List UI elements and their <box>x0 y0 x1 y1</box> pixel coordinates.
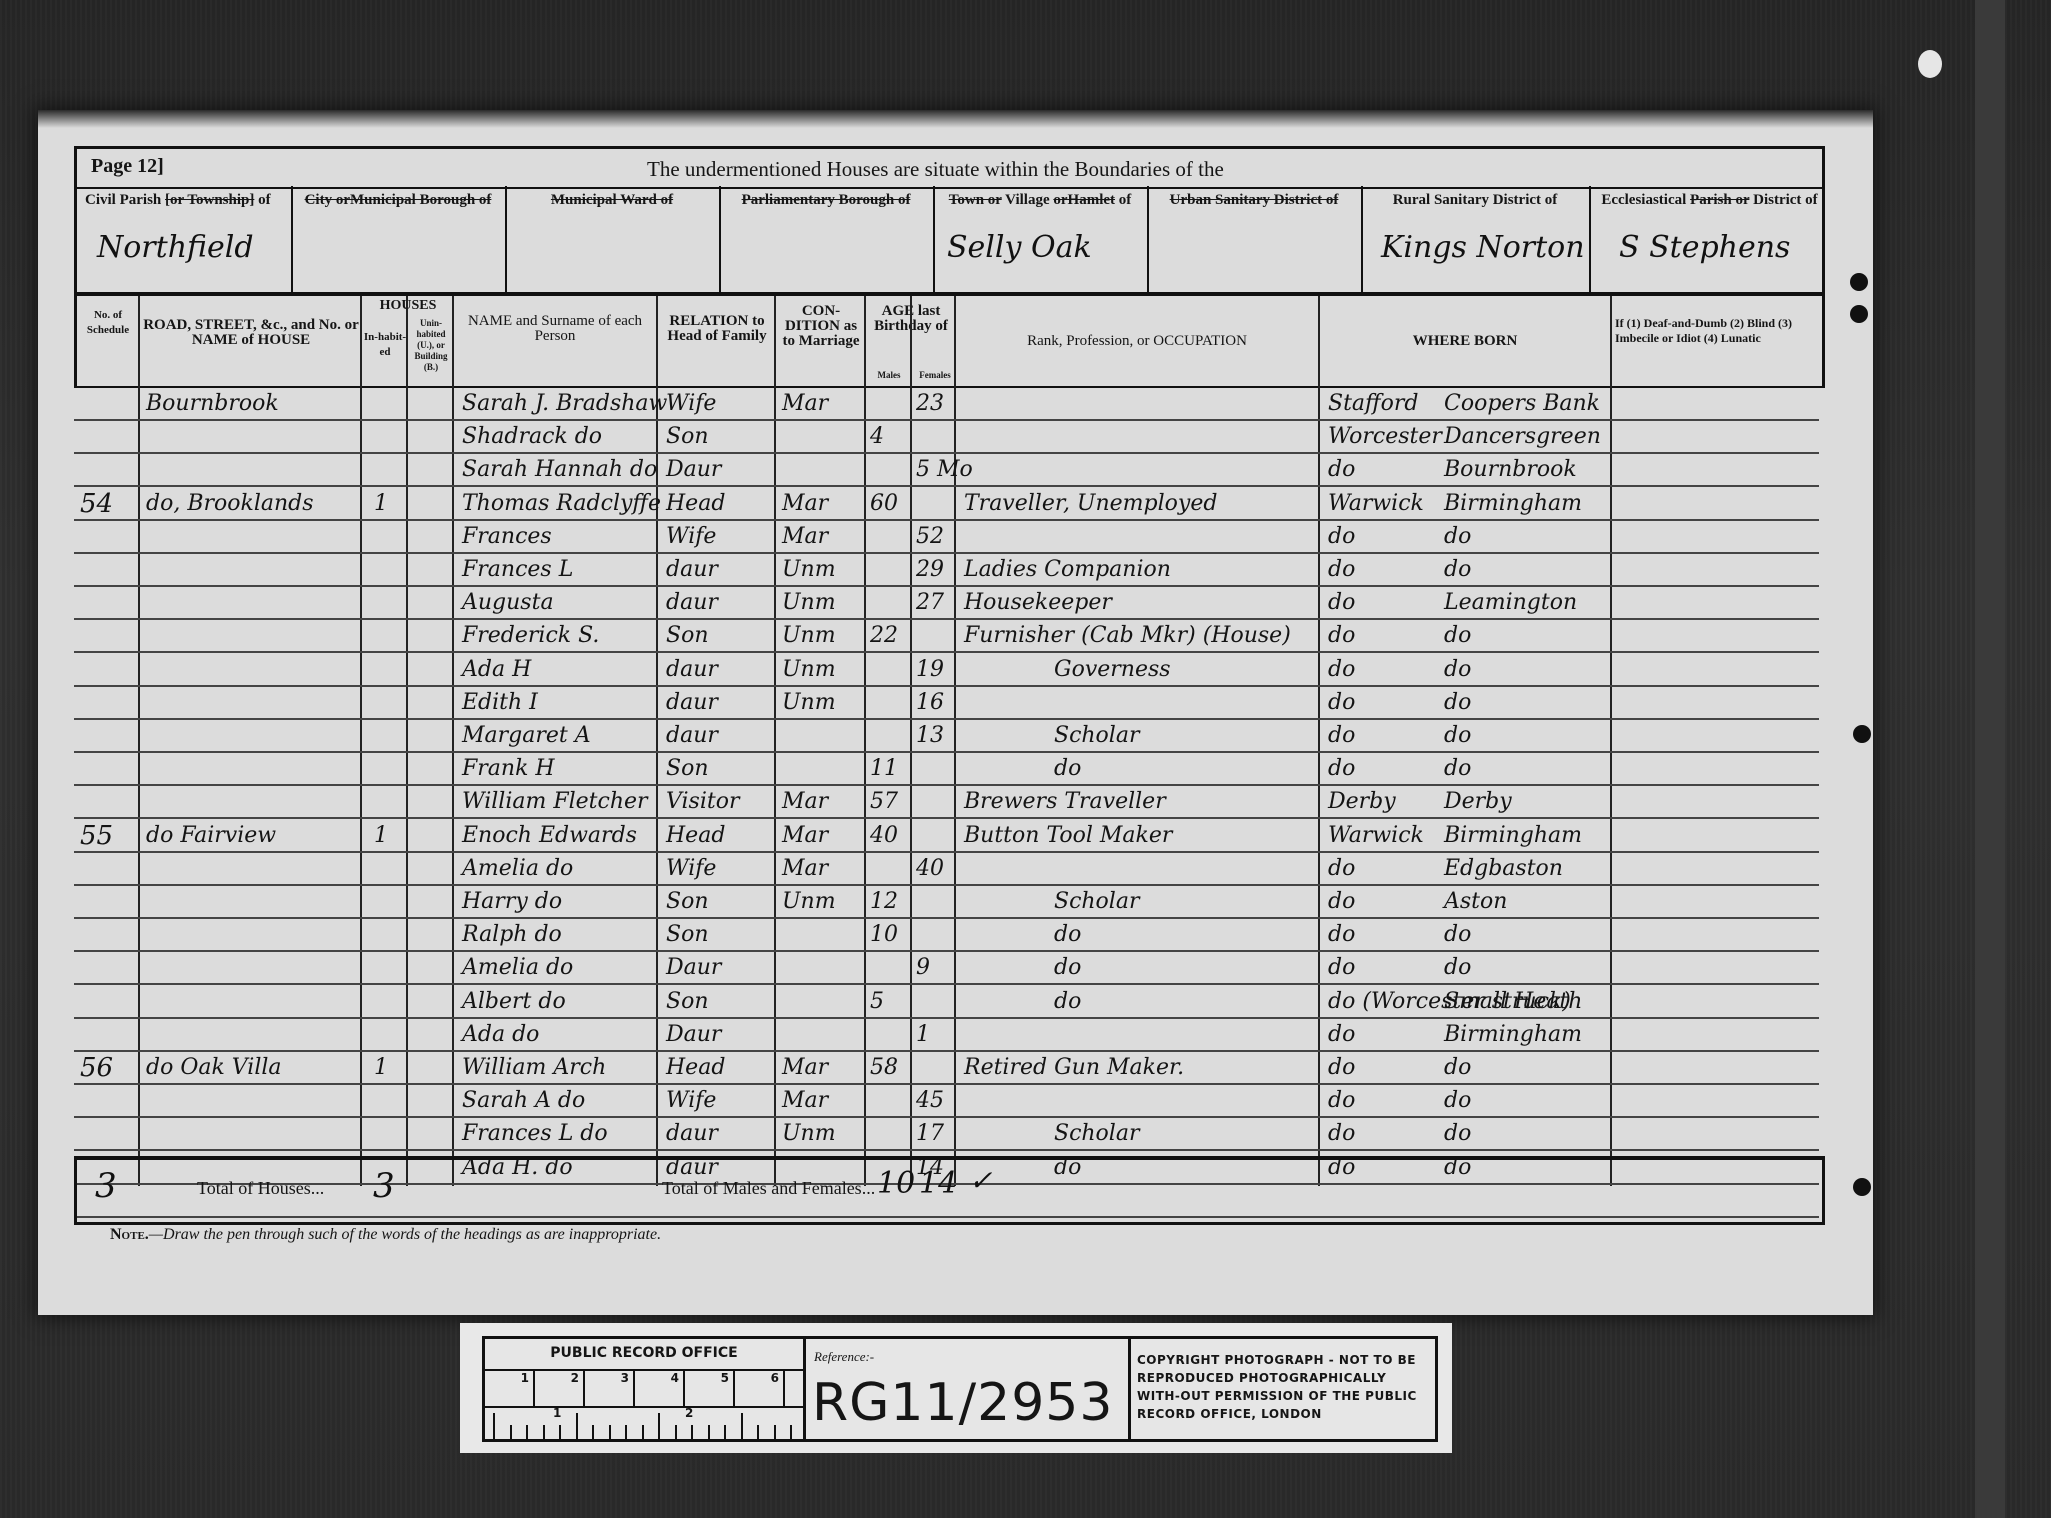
table-row: BournbrookSarah J. BradshawWifeMar23Staf… <box>74 386 1819 421</box>
boundary-label: Parliamentary Borough of <box>719 192 933 209</box>
cell-female-age: 5 Mo <box>916 452 973 485</box>
table-row: Frances L dodaurUnm17Scholardodo <box>74 1116 1819 1151</box>
cell-name: Frances <box>462 519 552 552</box>
cell-born-place: Birmingham <box>1444 1017 1582 1050</box>
cell-relation: daur <box>666 552 718 585</box>
cell-born-place: do <box>1444 950 1471 983</box>
cell-born-place: Birmingham <box>1444 818 1582 851</box>
cell-condition: Unm <box>782 652 836 685</box>
cell-female-age: 23 <box>916 386 944 419</box>
boundary-label: Civil Parish [or Township] of <box>85 192 291 209</box>
table-row: 54do, Brooklands1Thomas RadclyffeHeadMar… <box>74 486 1819 521</box>
title-row: Page 12] The undermentioned Houses are s… <box>74 146 1825 189</box>
cell-male-age: 60 <box>870 486 898 519</box>
cell-born-county: do <box>1328 552 1355 585</box>
cell-inhabited: 1 <box>374 818 388 851</box>
cell-occupation: Button Tool Maker <box>964 818 1172 851</box>
reference-card: PUBLIC RECORD OFFICE 123456 12 Reference… <box>460 1323 1452 1453</box>
scale-tick <box>576 1413 578 1439</box>
cell-born-county: Worcester <box>1328 419 1442 452</box>
cell-name: Frances L <box>462 552 573 585</box>
boundary-7: Ecclesiastical Parish or District ofS St… <box>1589 186 1830 292</box>
table-row: Sarah Hannah doDaur5 ModoBournbrook <box>74 452 1819 487</box>
cell-born-county: do <box>1328 1017 1355 1050</box>
page-number: Page 12] <box>91 155 164 178</box>
cell-born-place: Birmingham <box>1444 486 1582 519</box>
cell-born-place: do <box>1444 652 1471 685</box>
table-row: Ada HdaurUnm19Governessdodo <box>74 652 1819 687</box>
cell-female-age: 52 <box>916 519 944 552</box>
cell-relation: Wife <box>666 519 716 552</box>
cell-condition: Unm <box>782 552 836 585</box>
cell-name: Frank H <box>462 751 555 784</box>
cell-born-county: Warwick <box>1328 486 1424 519</box>
cell-occupation: do <box>1054 751 1081 784</box>
cell-occupation: Scholar <box>1054 718 1139 751</box>
table-row: FrancesWifeMar52dodo <box>74 519 1819 554</box>
reference-value: RG11/2953 <box>812 1373 1113 1433</box>
cell-born-place: do <box>1444 519 1471 552</box>
cell-born-place: Aston <box>1444 884 1507 917</box>
scale-tick <box>790 1425 792 1439</box>
cell-born-county: do <box>1328 652 1355 685</box>
binding-hole <box>1853 1178 1871 1196</box>
cell-occupation: do <box>1054 984 1081 1017</box>
cell-born-county: do <box>1328 917 1355 950</box>
cell-male-age: 22 <box>870 618 898 651</box>
total-houses-label: Total of Houses... <box>197 1178 324 1199</box>
boundary-value: Northfield <box>97 230 254 265</box>
cell-born-county: do <box>1328 718 1355 751</box>
cell-road: do Oak Villa <box>146 1050 282 1083</box>
cell-male-age: 5 <box>870 984 884 1017</box>
total-males: 10 <box>877 1166 915 1201</box>
scale-tick <box>708 1425 710 1439</box>
cell-occupation: Housekeeper <box>964 585 1112 618</box>
cell-born-county: do <box>1328 452 1355 485</box>
cell-relation: daur <box>666 1116 718 1149</box>
cell-born-place: do <box>1444 618 1471 651</box>
cell-occupation: Ladies Companion <box>964 552 1171 585</box>
cell-relation: Son <box>666 751 709 784</box>
binding-hole <box>1853 725 1871 743</box>
binding-hole <box>1850 305 1868 323</box>
cell-female-age: 16 <box>916 685 944 718</box>
scale-tick <box>675 1425 677 1439</box>
table-row: Edith IdaurUnm16dodo <box>74 685 1819 720</box>
cell-occupation: Governess <box>1054 652 1171 685</box>
boundary-1: City orMunicipal Borough of <box>291 186 507 292</box>
scale-tick <box>642 1425 644 1439</box>
cell-male-age: 58 <box>870 1050 898 1083</box>
cell-occupation: Retired Gun Maker. <box>964 1050 1184 1083</box>
scale-mark: 2 <box>535 1371 585 1406</box>
col-schedule: No. of Schedule <box>77 308 139 398</box>
cell-born-county: do <box>1328 884 1355 917</box>
cell-name: Sarah Hannah do <box>462 452 657 485</box>
cell-relation: Visitor <box>666 784 739 817</box>
cell-name: Amelia do <box>462 950 573 983</box>
scale-mark: 1 <box>485 1371 535 1406</box>
cell-relation: Son <box>666 984 709 1017</box>
cell-relation: Head <box>666 818 725 851</box>
cell-name: Edith I <box>462 685 538 718</box>
cell-occupation: Furnisher (Cab Mkr) (House) <box>964 618 1291 651</box>
cell-born-place: do <box>1444 685 1471 718</box>
cell-male-age: 57 <box>870 784 898 817</box>
reference-box: Reference:- RG11/2953 <box>806 1339 1131 1439</box>
boundary-2: Municipal Ward of <box>505 186 721 292</box>
cell-relation: Wife <box>666 851 716 884</box>
cell-schedule: 56 <box>80 1050 113 1083</box>
column-header-row: No. of Schedule ROAD, STREET, &c., and N… <box>74 296 1825 388</box>
cell-born-county: do <box>1328 519 1355 552</box>
cell-relation: Daur <box>666 452 721 485</box>
table-row: Ralph doSon10dododo <box>74 917 1819 952</box>
table-row: Harry doSonUnm12ScholardoAston <box>74 884 1819 919</box>
cell-occupation: Scholar <box>1054 884 1139 917</box>
cell-born-county: Stafford <box>1328 386 1418 419</box>
table-row: Frances LdaurUnm29Ladies Companiondodo <box>74 552 1819 587</box>
cell-relation: Head <box>666 486 725 519</box>
scale-tick <box>774 1425 776 1439</box>
table-row: Frank HSon11dododo <box>74 751 1819 786</box>
scale-ruler-top: 123456 <box>485 1369 803 1408</box>
scale-tick <box>658 1413 660 1439</box>
scale-tick <box>741 1413 743 1439</box>
cell-name: Margaret A <box>462 718 591 751</box>
scale-mark: 4 <box>635 1371 685 1406</box>
cell-relation: Son <box>666 917 709 950</box>
table-row: Frederick S.SonUnm22Furnisher (Cab Mkr) … <box>74 618 1819 653</box>
cell-born-place: do <box>1444 1083 1471 1116</box>
total-houses-value: 3 <box>373 1166 395 1206</box>
cell-name: Frederick S. <box>462 618 599 651</box>
film-speck <box>1918 50 1942 78</box>
boundary-0: Civil Parish [or Township] ofNorthfield <box>77 186 293 292</box>
cell-relation: daur <box>666 585 718 618</box>
cell-condition: Mar <box>782 386 828 419</box>
table-row: AugustadaurUnm27HousekeeperdoLeamington <box>74 585 1819 620</box>
cell-name: Ralph do <box>462 917 562 950</box>
cell-relation: Head <box>666 1050 725 1083</box>
cell-born-county: Warwick <box>1328 818 1424 851</box>
cell-born-county: do <box>1328 1083 1355 1116</box>
cell-born-place: do <box>1444 751 1471 784</box>
cell-name: Ada H <box>462 652 531 685</box>
boundary-label: Town or Village orHamlet of <box>933 192 1147 209</box>
cell-born-place: Leamington <box>1444 585 1577 618</box>
cell-relation: daur <box>666 652 718 685</box>
office-name: PUBLIC RECORD OFFICE <box>485 1345 803 1361</box>
scale-mark: 3 <box>585 1371 635 1406</box>
cell-condition: Unm <box>782 884 836 917</box>
cell-condition: Mar <box>782 1083 828 1116</box>
cell-born-place: do <box>1444 1116 1471 1149</box>
cell-born-place: do <box>1444 718 1471 751</box>
cell-schedule: 54 <box>80 486 113 519</box>
cell-female-age: 19 <box>916 652 944 685</box>
cell-born-county: do <box>1328 1116 1355 1149</box>
cell-male-age: 4 <box>870 419 884 452</box>
scale-tick <box>559 1425 561 1439</box>
total-schedules: 3 <box>95 1166 117 1206</box>
boundaries-row: Civil Parish [or Township] ofNorthfieldC… <box>74 186 1825 296</box>
cell-occupation: Traveller, Unemployed <box>964 486 1217 519</box>
cell-inhabited: 1 <box>374 486 388 519</box>
cell-occupation: do <box>1054 917 1081 950</box>
boundary-value: Selly Oak <box>947 230 1092 265</box>
census-sheet: Page 12] The undermentioned Houses are s… <box>38 110 1873 1315</box>
cell-born-place: Derby <box>1444 784 1512 817</box>
cell-relation: Wife <box>666 386 716 419</box>
cell-condition: Mar <box>782 486 828 519</box>
boundary-label: Rural Sanitary District of <box>1361 192 1589 209</box>
scale-tick <box>724 1425 726 1439</box>
scale-tick <box>592 1425 594 1439</box>
cell-road: Bournbrook <box>146 386 279 419</box>
cell-born-county: do <box>1328 751 1355 784</box>
copyright-notice: COPYRIGHT PHOTOGRAPH - NOT TO BE REPRODU… <box>1137 1351 1427 1423</box>
total-persons-label: Total of Males and Females... <box>662 1178 875 1199</box>
cell-male-age: 12 <box>870 884 898 917</box>
boundary-4: Town or Village orHamlet ofSelly Oak <box>933 186 1149 292</box>
scale-tick <box>691 1425 693 1439</box>
table-row: Albert doSon5dodo (Worcester struck)Smal… <box>74 984 1819 1019</box>
scale-tick <box>526 1425 528 1439</box>
scale-mark: 2 <box>685 1406 693 1420</box>
table-row: 55do Fairview1Enoch EdwardsHeadMar40Butt… <box>74 818 1819 853</box>
cell-condition: Unm <box>782 618 836 651</box>
boundary-label: Municipal Ward of <box>505 192 719 209</box>
cell-born-place: do <box>1444 1050 1471 1083</box>
public-record-office-box: PUBLIC RECORD OFFICE 123456 12 <box>485 1339 806 1439</box>
cell-name: Ada do <box>462 1017 539 1050</box>
table-row: William FletcherVisitorMar57Brewers Trav… <box>74 784 1819 819</box>
scale-mark: 5 <box>685 1371 735 1406</box>
note-prefix: Note. <box>110 1226 149 1243</box>
cell-born-county: Derby <box>1328 784 1396 817</box>
totals-row: 3 Total of Houses... 3 Total of Males an… <box>74 1156 1825 1225</box>
cell-born-county: do <box>1328 851 1355 884</box>
cell-born-place: do <box>1444 552 1471 585</box>
scale-tick <box>493 1413 495 1439</box>
total-females: 14 <box>919 1166 957 1201</box>
cell-born-county: do <box>1328 685 1355 718</box>
boundary-label: Ecclesiastical Parish or District of <box>1589 192 1830 209</box>
census-form: Page 12] The undermentioned Houses are s… <box>74 146 1819 1256</box>
cell-born-county: do <box>1328 618 1355 651</box>
table-row: Shadrack doSon4WorcesterDancersgreen <box>74 419 1819 454</box>
boundary-5: Urban Sanitary District of <box>1147 186 1363 292</box>
cell-male-age: 40 <box>870 818 898 851</box>
cell-name: Augusta <box>462 585 554 618</box>
cell-female-age: 9 <box>916 950 930 983</box>
scale-tick <box>625 1425 627 1439</box>
boundary-6: Rural Sanitary District ofKings Norton <box>1361 186 1591 292</box>
cell-female-age: 17 <box>916 1116 944 1149</box>
cell-relation: Daur <box>666 950 721 983</box>
cell-female-age: 27 <box>916 585 944 618</box>
cell-relation: daur <box>666 685 718 718</box>
cell-occupation: Brewers Traveller <box>964 784 1166 817</box>
boundary-3: Parliamentary Borough of <box>719 186 935 292</box>
reference-label: Reference:- <box>814 1349 874 1365</box>
scale-mark: 6 <box>735 1371 785 1406</box>
cell-born-county: do <box>1328 585 1355 618</box>
note: Note.—Draw the pen through such of the w… <box>110 1226 661 1244</box>
cell-condition: Mar <box>782 784 828 817</box>
cell-born-place: Edgbaston <box>1444 851 1563 884</box>
table-row: Amelia doDaur9dododo <box>74 950 1819 985</box>
cell-name: William Arch <box>462 1050 606 1083</box>
cell-born-place: Bournbrook <box>1444 452 1577 485</box>
scale-ruler-bottom: 12 <box>485 1406 803 1439</box>
cell-condition: Mar <box>782 851 828 884</box>
cell-occupation: Scholar <box>1054 1116 1139 1149</box>
cell-relation: Son <box>666 884 709 917</box>
cell-inhabited: 1 <box>374 1050 388 1083</box>
cell-road: do, Brooklands <box>146 486 314 519</box>
scale-tick <box>609 1425 611 1439</box>
boundary-value: S Stephens <box>1619 230 1790 265</box>
cell-name: Sarah A do <box>462 1083 585 1116</box>
cell-condition: Unm <box>782 1116 836 1149</box>
cell-name: Thomas Radclyffe <box>462 486 661 519</box>
cell-condition: Mar <box>782 1050 828 1083</box>
cell-condition: Unm <box>782 685 836 718</box>
cell-born-county: do <box>1328 950 1355 983</box>
cell-female-age: 45 <box>916 1083 944 1116</box>
cell-name: Sarah J. Bradshaw <box>462 386 667 419</box>
cell-relation: Son <box>666 618 709 651</box>
cell-relation: Wife <box>666 1083 716 1116</box>
cell-name: Amelia do <box>462 851 573 884</box>
cell-condition: Mar <box>782 519 828 552</box>
tick-mark: ✓ <box>969 1164 992 1197</box>
table-row: Amelia doWifeMar40doEdgbaston <box>74 851 1819 886</box>
table-row: Margaret Adaur13Scholardodo <box>74 718 1819 753</box>
scale-tick <box>543 1425 545 1439</box>
table-row: 56do Oak Villa1William ArchHeadMar58Reti… <box>74 1050 1819 1085</box>
cell-name: William Fletcher <box>462 784 648 817</box>
cell-road: do Fairview <box>146 818 276 851</box>
boundary-value: Kings Norton <box>1381 230 1585 265</box>
form-title: The undermentioned Houses are situate wi… <box>647 157 1224 182</box>
cell-schedule: 55 <box>80 818 113 851</box>
scale-mark: 1 <box>553 1406 561 1420</box>
film-edge <box>1975 0 2005 1518</box>
cell-name: Enoch Edwards <box>462 818 637 851</box>
cell-born-place: do <box>1444 917 1471 950</box>
cell-occupation: do <box>1054 950 1081 983</box>
cell-condition: Unm <box>782 585 836 618</box>
cell-name: Shadrack do <box>462 419 602 452</box>
cell-name: Frances L do <box>462 1116 608 1149</box>
cell-female-age: 29 <box>916 552 944 585</box>
scale-tick <box>510 1425 512 1439</box>
cell-female-age: 40 <box>916 851 944 884</box>
boundary-label: Urban Sanitary District of <box>1147 192 1361 209</box>
cell-born-place: Coopers Bank <box>1444 386 1600 419</box>
note-text: —Draw the pen through such of the words … <box>149 1226 661 1243</box>
cell-name: Harry do <box>462 884 562 917</box>
cell-condition: Mar <box>782 818 828 851</box>
cell-name: Albert do <box>462 984 566 1017</box>
cell-born-county: do <box>1328 1050 1355 1083</box>
cell-relation: Son <box>666 419 709 452</box>
cell-relation: Daur <box>666 1017 721 1050</box>
cell-female-age: 1 <box>916 1017 930 1050</box>
binding-hole <box>1850 273 1868 291</box>
col-condition: CON-DITION as to Marriage <box>777 304 865 394</box>
cell-female-age: 13 <box>916 718 944 751</box>
boundary-label: City orMunicipal Borough of <box>291 192 505 209</box>
cell-born-place: Dancersgreen <box>1444 419 1601 452</box>
cell-born-place: Small Heath <box>1444 984 1582 1017</box>
table-row: Ada doDaur1doBirmingham <box>74 1017 1819 1052</box>
scale-tick <box>757 1425 759 1439</box>
cell-male-age: 10 <box>870 917 898 950</box>
table-row: Sarah A doWifeMar45dodo <box>74 1083 1819 1118</box>
cell-male-age: 11 <box>870 751 898 784</box>
cell-relation: daur <box>666 718 718 751</box>
